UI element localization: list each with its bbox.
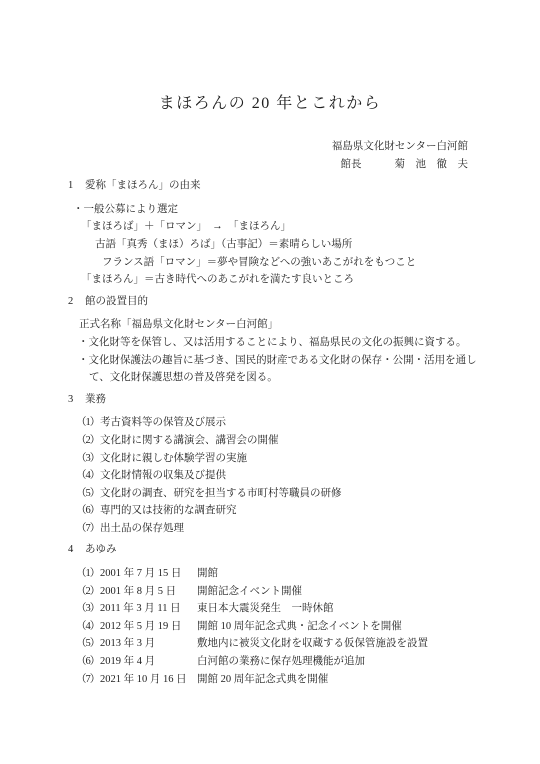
section-duties: 3業務 （1）考古資料等の保管及び展示 （2）文化財に関する講演会、講習会の開催…	[0, 391, 540, 538]
item-number: （5）	[76, 635, 100, 653]
text-line: 「まほろば」＋「ロマン」 → 「まほろん」	[0, 218, 540, 236]
text-line: て、文化財保護思想の普及啓発を図る。	[0, 369, 540, 387]
byline-role: 館長	[341, 159, 362, 170]
document-page: まほろんの 20 年とこれから 福島県文化財センター白河館 館長菊 池 徹 夫 …	[0, 0, 540, 764]
section-2-heading: 2館の設置目的	[0, 293, 540, 311]
item-date: 2019 年 4 月	[100, 653, 197, 671]
item-number: （5）	[76, 485, 100, 503]
section-1-title: 愛称「まほろん」の由来	[85, 180, 201, 191]
item-event: 開館 20 周年記念式典を開催	[197, 671, 328, 689]
timeline-row: （3）2011 年 3 月 11 日東日本大震災発生 一時休館	[0, 600, 540, 618]
timeline-row: （1）2001 年 7 月 15 日開館	[0, 565, 540, 583]
item-event: 開館	[197, 565, 218, 583]
section-history: 4あゆみ （1）2001 年 7 月 15 日開館 （2）2001 年 8 月 …	[0, 541, 540, 688]
item-event: 白河館の業務に保存処理機能が追加	[197, 653, 365, 671]
item-number: （2）	[76, 432, 100, 450]
item-event: 東日本大震災発生 一時休館	[197, 600, 334, 618]
item-text: 文化財情報の収集及び提供	[100, 467, 226, 485]
item-text: 文化財の調査、研究を担当する市町村等職員の研修	[100, 485, 342, 503]
item-number: （3）	[76, 600, 100, 618]
byline-name: 菊 池 徹 夫	[395, 159, 469, 170]
list-item: （5）文化財の調査、研究を担当する市町村等職員の研修	[0, 485, 540, 503]
item-date: 2013 年 3 月	[100, 635, 197, 653]
list-item: （2）文化財に関する講演会、講習会の開催	[0, 432, 540, 450]
item-number: （3）	[76, 450, 100, 468]
list-item: （1）考古資料等の保管及び展示	[0, 414, 540, 432]
byline-author: 館長菊 池 徹 夫	[0, 156, 468, 174]
section-1-number: 1	[68, 177, 85, 195]
item-number: （7）	[76, 520, 100, 538]
text-line: ・一般公募により選定	[0, 201, 540, 219]
item-text: 専門的又は技術的な調査研究	[100, 502, 237, 520]
text-line: 正式名称「福島県文化財センター白河館」	[0, 316, 540, 334]
item-number: （2）	[76, 583, 100, 601]
section-establishment-purpose: 2館の設置目的 正式名称「福島県文化財センター白河館」 ・文化財等を保管し、又は…	[0, 293, 540, 387]
list-item: （7）出土品の保存処理	[0, 520, 540, 538]
item-date: 2021 年 10 月 16 日	[100, 671, 197, 689]
section-3-number: 3	[68, 391, 85, 409]
list-item: （6）専門的又は技術的な調査研究	[0, 502, 540, 520]
byline: 福島県文化財センター白河館 館長菊 池 徹 夫	[0, 138, 540, 173]
timeline-row: （7）2021 年 10 月 16 日開館 20 周年記念式典を開催	[0, 671, 540, 689]
timeline-row: （6）2019 年 4 月白河館の業務に保存処理機能が追加	[0, 653, 540, 671]
item-date: 2001 年 7 月 15 日	[100, 565, 197, 583]
item-number: （4）	[76, 618, 100, 636]
section-2-title: 館の設置目的	[85, 296, 148, 307]
timeline-row: （5）2013 年 3 月敷地内に被災文化財を収蔵する仮保管施設を設置	[0, 635, 540, 653]
item-event: 開館 10 周年記念式典・記念イベントを開催	[197, 618, 402, 636]
byline-organization: 福島県文化財センター白河館	[0, 138, 468, 156]
item-text: 文化財に親しむ体験学習の実施	[100, 450, 247, 468]
item-number: （1）	[76, 414, 100, 432]
item-number: （1）	[76, 565, 100, 583]
item-number: （4）	[76, 467, 100, 485]
item-number: （7）	[76, 671, 100, 689]
section-3-title: 業務	[85, 394, 106, 405]
section-3-heading: 3業務	[0, 391, 540, 409]
section-4-heading: 4あゆみ	[0, 541, 540, 559]
item-text: 考古資料等の保管及び展示	[100, 414, 226, 432]
text-line: フランス語「ロマン」＝夢や冒険などへの強いあこがれをもつこと	[0, 254, 540, 272]
document-title: まほろんの 20 年とこれから	[0, 94, 540, 114]
text-line: 古語「真秀（まほ）ろば」（古事記）＝素晴らしい場所	[0, 236, 540, 254]
list-item: （3）文化財に親しむ体験学習の実施	[0, 450, 540, 468]
list-item: （4）文化財情報の収集及び提供	[0, 467, 540, 485]
text-line: ・文化財保護法の趣旨に基づき、国民的財産である文化財の保存・公開・活用を通し	[0, 352, 540, 370]
section-1-heading: 1愛称「まほろん」の由来	[0, 177, 540, 195]
text-line: ・文化財等を保管し、又は活用することにより、福島県民の文化の振興に資する。	[0, 334, 540, 352]
section-nickname-origin: 1愛称「まほろん」の由来 ・一般公募により選定 「まほろば」＋「ロマン」 → 「…	[0, 177, 540, 289]
timeline-row: （4）2012 年 5 月 19 日開館 10 周年記念式典・記念イベントを開催	[0, 618, 540, 636]
section-4-title: あゆみ	[85, 544, 117, 555]
item-event: 開館記念イベント開催	[197, 583, 302, 601]
item-number: （6）	[76, 653, 100, 671]
item-number: （6）	[76, 502, 100, 520]
section-2-number: 2	[68, 293, 85, 311]
item-text: 出土品の保存処理	[100, 520, 184, 538]
item-event: 敷地内に被災文化財を収蔵する仮保管施設を設置	[197, 635, 428, 653]
item-date: 2001 年 8 月 5 日	[100, 583, 197, 601]
item-date: 2012 年 5 月 19 日	[100, 618, 197, 636]
item-text: 文化財に関する講演会、講習会の開催	[100, 432, 279, 450]
section-4-number: 4	[68, 541, 85, 559]
timeline-row: （2）2001 年 8 月 5 日開館記念イベント開催	[0, 583, 540, 601]
text-line: 「まほろん」＝古き時代へのあこがれを満たす良いところ	[0, 271, 540, 289]
item-date: 2011 年 3 月 11 日	[100, 600, 197, 618]
